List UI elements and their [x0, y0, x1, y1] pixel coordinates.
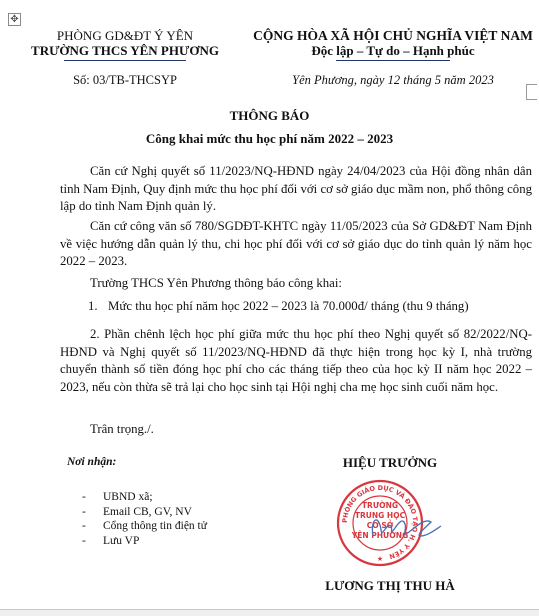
- dash: -: [82, 505, 103, 520]
- svg-text:★: ★: [377, 555, 383, 563]
- header-left: PHÒNG GD&ĐT Ý YÊN TRƯỜNG THCS YÊN PHƯƠNG…: [30, 28, 220, 88]
- recipient-text: Cổng thông tin điện tử: [103, 519, 207, 534]
- dash: -: [82, 490, 103, 505]
- dash: -: [82, 519, 103, 534]
- dash: -: [82, 534, 103, 549]
- recipients-label: Nơi nhận:: [67, 456, 116, 468]
- paragraph-text: 2. Phần chênh lệch học phí giữa mức thu …: [60, 327, 532, 394]
- place-date: Yên Phương, ngày 12 tháng 5 năm 2023: [248, 73, 538, 88]
- recipient-text: UBND xã;: [103, 490, 153, 505]
- table-move-handle-icon[interactable]: ✥: [8, 13, 21, 26]
- document-number: Số: 03/TB-THCSYP: [30, 73, 220, 88]
- recipient-item: -Email CB, GV, NV: [82, 505, 207, 520]
- recipient-text: Lưu VP: [103, 534, 139, 549]
- svg-text:TRƯỜNG: TRƯỜNG: [362, 501, 398, 510]
- national-motto: Độc lập – Tự do – Hạnh phúc: [248, 43, 538, 58]
- paragraph-legal-basis-2: Căn cứ công văn số 780/SGDĐT-KHTC ngày 1…: [60, 218, 532, 271]
- national-title: CỘNG HÒA XÃ HỘI CHỦ NGHĨA VIỆT NAM: [248, 28, 538, 43]
- paragraph-fee-difference: 2. Phần chênh lệch học phí giữa mức thu …: [60, 326, 532, 396]
- recipient-item: -Lưu VP: [82, 534, 207, 549]
- list-number: 1.: [88, 298, 108, 316]
- document-title: THÔNG BÁO: [0, 108, 539, 124]
- header-right-underline: [336, 60, 450, 61]
- recipients-list: -UBND xã; -Email CB, GV, NV -Cổng thông …: [82, 490, 207, 548]
- recipient-item: -Cổng thông tin điện tử: [82, 519, 207, 534]
- signer-name: LƯƠNG THỊ THU HÀ: [290, 578, 490, 594]
- agency-name: PHÒNG GD&ĐT Ý YÊN: [30, 28, 220, 43]
- signature-title: HIỆU TRƯỞNG: [290, 455, 490, 471]
- recipient-item: -UBND xã;: [82, 490, 207, 505]
- school-name: TRƯỜNG THCS YÊN PHƯƠNG: [30, 43, 220, 58]
- header-right: CỘNG HÒA XÃ HỘI CHỦ NGHĨA VIỆT NAM Độc l…: [248, 28, 538, 88]
- official-stamp-icon: PHÒNG GIÁO DỤC VÀ ĐÀO TẠO H. Ý YÊN TRƯỜN…: [310, 478, 450, 568]
- header-left-underline: [64, 60, 186, 61]
- document-subtitle: Công khai mức thu học phí năm 2022 – 202…: [0, 131, 539, 147]
- list-text: Mức thu học phí năm học 2022 – 2023 là 7…: [108, 299, 469, 313]
- recipient-text: Email CB, GV, NV: [103, 505, 192, 520]
- paragraph-announcement-intro: Trường THCS Yên Phương thông báo công kh…: [90, 275, 539, 293]
- paragraph-text: Căn cứ Nghị quyết số 11/2023/NQ-HĐND ngà…: [60, 164, 532, 213]
- list-item-fee: 1.Mức thu học phí năm học 2022 – 2023 là…: [88, 298, 539, 316]
- paragraph-text: Căn cứ công văn số 780/SGDĐT-KHTC ngày 1…: [60, 219, 532, 268]
- page-bottom-edge: [0, 609, 539, 616]
- paragraph-legal-basis-1: Căn cứ Nghị quyết số 11/2023/NQ-HĐND ngà…: [60, 163, 532, 216]
- closing: Trân trọng./.: [90, 421, 539, 439]
- svg-text:YÊN PHƯƠNG: YÊN PHƯƠNG: [351, 531, 408, 540]
- svg-text:TRUNG HỌC: TRUNG HỌC: [355, 511, 406, 520]
